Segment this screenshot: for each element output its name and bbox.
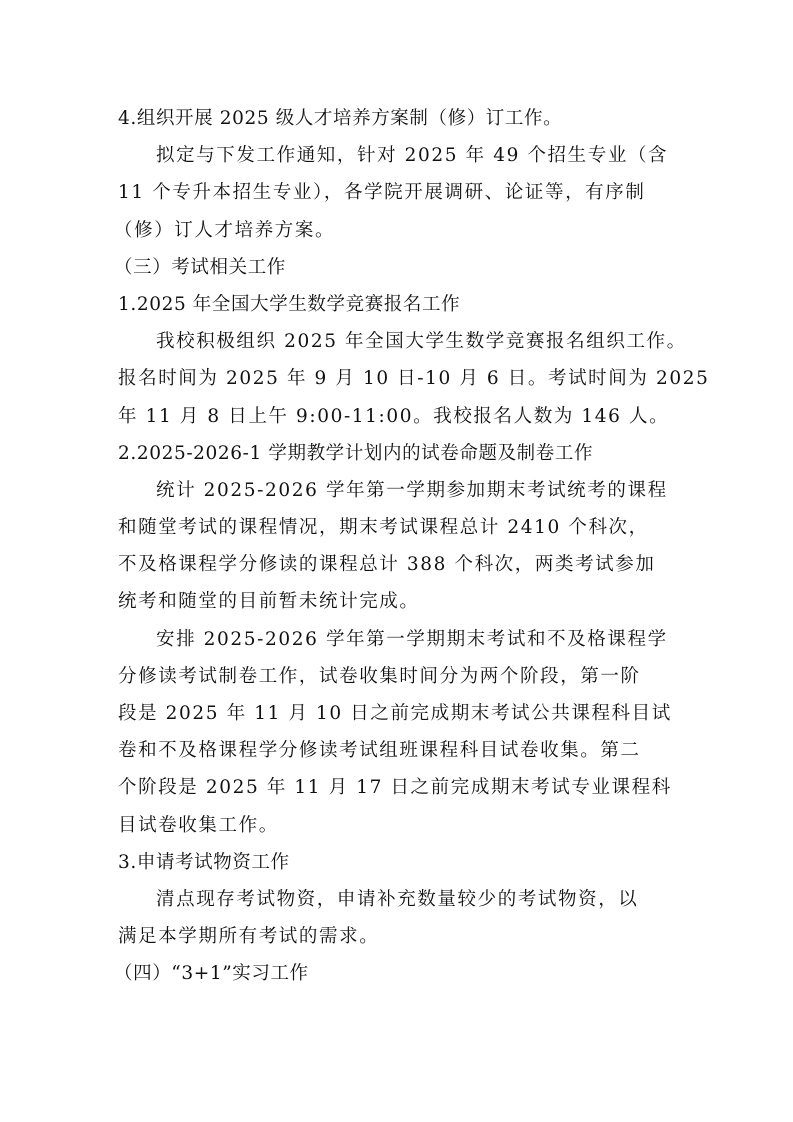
paragraph-line: （修）订人才培养方案。 [114, 212, 678, 249]
paragraph-line: 统计 2025-2026 学年第一学期参加期末考试统考的课程 [118, 472, 678, 509]
paragraph-line: 安排 2025-2026 学年第一学期期末考试和不及格课程学 [118, 621, 678, 658]
heading-item-1: 1.2025 年全国大学生数学竞赛报名工作 [118, 286, 678, 323]
paragraph-line: 年 11 月 8 日上午 9:00-11:00。我校报名人数为 146 人。 [118, 398, 678, 435]
paragraph-line: 11 个专升本招生专业），各学院开展调研、论证等，有序制 [118, 174, 678, 211]
paragraph-line: 报名时间为 2025 年 9 月 10 日-10 月 6 日。考试时间为 202… [118, 360, 678, 397]
paragraph-line: 我校积极组织 2025 年全国大学生数学竞赛报名组织工作。 [118, 323, 678, 360]
paragraph-line: 满足本学期所有考试的需求。 [118, 918, 678, 955]
heading-item-4: 4.组织开展 2025 级人才培养方案制（修）订工作。 [118, 100, 678, 137]
document-page: 4.组织开展 2025 级人才培养方案制（修）订工作。 拟定与下发工作通知，针对… [118, 100, 678, 993]
paragraph-line: 统考和随堂的目前暂未统计完成。 [118, 583, 678, 620]
section-heading-3: （三）考试相关工作 [114, 249, 678, 286]
paragraph-line: 分修读考试制卷工作，试卷收集时间分为两个阶段，第一阶 [118, 658, 678, 695]
paragraph-line: 不及格课程学分修读的课程总计 388 个科次，两类考试参加 [118, 546, 678, 583]
paragraph-line: 卷和不及格课程学分修读考试组班课程科目试卷收集。第二 [118, 732, 678, 769]
heading-item-3: 3.申请考试物资工作 [118, 844, 678, 881]
paragraph-line: 清点现存考试物资，申请补充数量较少的考试物资，以 [118, 881, 678, 918]
paragraph-line: 个阶段是 2025 年 11 月 17 日之前完成期末考试专业课程科 [118, 769, 678, 806]
paragraph-line: 拟定与下发工作通知，针对 2025 年 49 个招生专业（含 [118, 137, 678, 174]
paragraph-line: 和随堂考试的课程情况，期末考试课程总计 2410 个科次， [118, 509, 678, 546]
paragraph-line: 目试卷收集工作。 [118, 807, 678, 844]
paragraph-line: 段是 2025 年 11 月 10 日之前完成期末考试公共课程科目试 [118, 695, 678, 732]
section-heading-4: （四）“3+1”实习工作 [114, 955, 678, 992]
heading-item-2: 2.2025-2026-1 学期教学计划内的试卷命题及制卷工作 [118, 435, 678, 472]
